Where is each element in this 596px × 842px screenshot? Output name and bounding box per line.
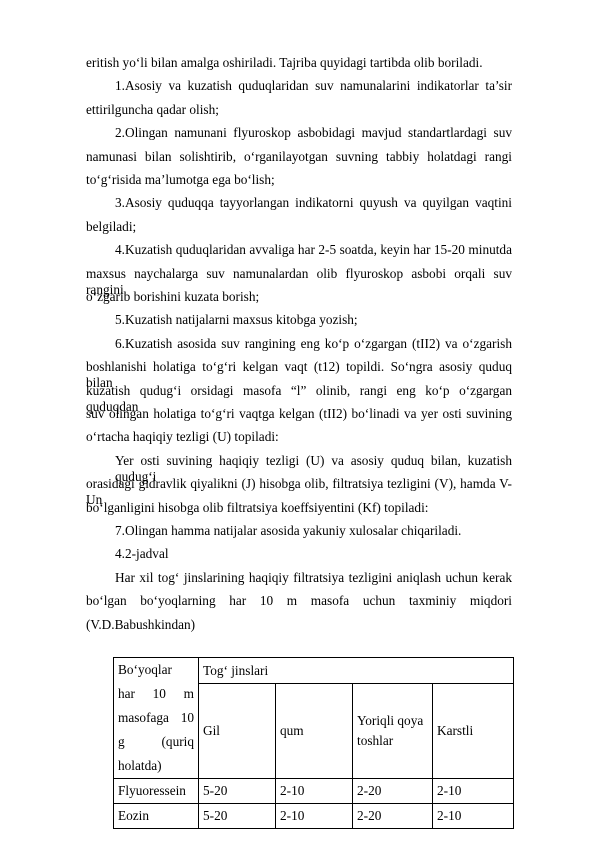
row-header-line: masofaga 10 <box>118 706 194 730</box>
text-line: namunasi bilan solishtirib, o‘rganilayot… <box>86 149 512 165</box>
text-line: 4.2-jadval <box>115 546 512 562</box>
text-line: bo‘lgan bo‘yoqlarning har 10 m masofa uc… <box>86 593 512 609</box>
column-header-gil: Gil <box>199 684 276 779</box>
text-line: 2.Olingan namunani flyuroskop asbobidagi… <box>115 125 512 141</box>
text-line: o‘rtacha haqiqiy tezligi (U) topiladi: <box>86 429 512 445</box>
text-line: eritish yo‘li bilan amalga oshiriladi. T… <box>86 55 512 71</box>
row-header-line: Bo‘yoqlar <box>118 658 194 682</box>
text-line: belgiladi; <box>86 219 512 235</box>
text-line: 4.Kuzatish quduqlaridan avvaliga har 2-5… <box>115 242 512 258</box>
table-cell: 5-20 <box>199 804 276 829</box>
row-header-line: har 10 m <box>118 682 194 706</box>
table-row: Flyuoressein 5-20 2-10 2-20 2-10 <box>114 779 514 804</box>
table-cell: 2-10 <box>433 779 514 804</box>
column-header-qum: qum <box>276 684 353 779</box>
text-line: to‘g‘risida ma’lumotga ega bo‘lish; <box>86 172 512 188</box>
row-header-line: g (quriq <box>118 730 194 754</box>
column-header-karstli: Karstli <box>433 684 514 779</box>
document-page: eritish yo‘li bilan amalga oshiriladi. T… <box>0 0 596 842</box>
row-header-cell: Bo‘yoqlar har 10 m masofaga 10 g (quriq … <box>114 658 199 779</box>
row-label: Eozin <box>114 804 199 829</box>
row-label: Flyuoressein <box>114 779 199 804</box>
table-cell: 2-10 <box>276 804 353 829</box>
text-line: 6.Kuzatish asosida suv rangining eng ko‘… <box>115 336 512 352</box>
table-cell: 2-20 <box>353 804 433 829</box>
table-cell: 2-20 <box>353 779 433 804</box>
text-line: suv olingan holatiga to‘g‘ri vaqtga kelg… <box>86 406 512 422</box>
table-row: Eozin 5-20 2-10 2-20 2-10 <box>114 804 514 829</box>
text-line: 3.Asosiy quduqqa tayyorlangan indikatorn… <box>115 195 512 211</box>
table-cell: 2-10 <box>433 804 514 829</box>
text-line: 7.Olingan hamma natijalar asosida yakuni… <box>115 523 512 539</box>
group-header-cell: Tog‘ jinslari <box>199 658 514 684</box>
text-line: (V.D.Babushkindan) <box>86 617 512 633</box>
text-line: 5.Kuzatish natijalarni maxsus kitobga yo… <box>115 312 512 328</box>
text-line: 1.Asosiy va kuzatish quduqlaridan suv na… <box>115 78 512 94</box>
text-line: ettirilguncha qadar olish; <box>86 102 512 118</box>
text-line: o‘zgarib borishini kuzata borish; <box>86 289 512 305</box>
row-header-line: holatda) <box>118 754 194 778</box>
text-line: bo‘lganligini hisobga olib filtratsiya k… <box>86 500 512 516</box>
column-header-yoriqli: Yoriqli qoya toshlar <box>353 684 433 779</box>
table-cell: 5-20 <box>199 779 276 804</box>
dye-amount-table: Bo‘yoqlar har 10 m masofaga 10 g (quriq … <box>113 657 514 829</box>
table-cell: 2-10 <box>276 779 353 804</box>
text-line: Har xil tog‘ jinslarining haqiqiy filtra… <box>115 570 512 586</box>
